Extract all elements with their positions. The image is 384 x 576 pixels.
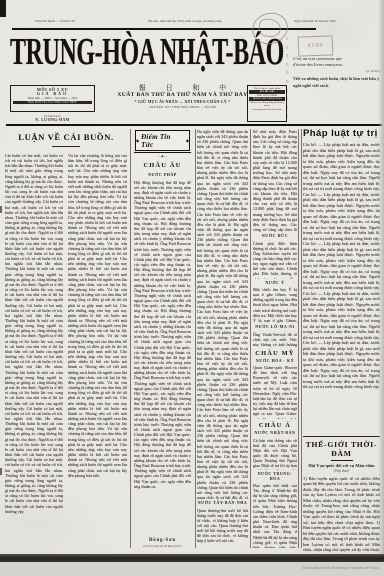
section-japan: NƯỚC NHẬT-BẢN [253, 431, 297, 436]
essay-body-2: Vả lại văn chương là tiếng nói của tâm h… [68, 153, 127, 545]
section-spain: NƯỚC TÂY-BAN-NHA [197, 501, 248, 506]
japan-news-body: Cả bản văn thông cáo về thái độ của Chín… [253, 438, 297, 470]
france-news-body: Hội đồng thượng thư đã họp để xét các kh… [134, 180, 191, 536]
section-romania: NƯỚC LỖ-MA-NI [253, 325, 297, 330]
romania-news-body: Ông Vaida-Voevod đã tổ chức nội các mới.… [253, 332, 297, 347]
issue-number: Năm thứ mười — Số thứ 129 [35, 19, 75, 23]
signature-note: (trích trong các số báo trước) [134, 544, 191, 548]
scan-corner-mark [0, 0, 6, 17]
section-germany: NƯỚC ĐỨC [253, 234, 297, 239]
world-commentary-body: 1) Bản tuyên ngôn quốc tế có nhiều điều … [303, 476, 380, 552]
french-quote-line2: d'écrire des livres ennuyeux... [293, 62, 382, 68]
dateline-right: Ngày thứ năm 19 Janvier 1933 [294, 19, 336, 23]
accession-stamp-box: 4109 [298, 35, 334, 56]
stamp-scribble [258, 18, 282, 39]
france-news-continued: Hạ nghị viện đã thông qua án ngân sách v… [197, 129, 248, 499]
essay-column-1: Cái buồn có hai mặt, cái buồn có ích và … [5, 153, 63, 545]
section-usa: NƯỚC HOA - KỲ [253, 359, 297, 364]
digest-column-3: Sở nhà máy điện Paris định hạ giá đèn từ… [253, 129, 297, 548]
column-rule-2 [195, 129, 196, 548]
law-article-body: Các bố: — Lấy pháp luật mà trị dân, trướ… [303, 142, 380, 432]
price-box: MỖI SỐ 5 XU GIÁ BÁO Hàng năm .... 5$00 —… [10, 85, 95, 112]
essay-column-2: Vả lại văn chương là tiếng nói của tâm h… [68, 153, 127, 545]
column-rule-3 [250, 129, 251, 548]
continued-label: (Tiếp theo) [303, 469, 380, 474]
right-article-column: Pháp luật tự trị Các bố: — Lấy pháp luật… [303, 128, 380, 552]
section-france: NƯỚC PHÁP [134, 173, 191, 178]
publication-schedule: XUẤT BẢN THỨ BA THỨ NĂM VÀ THỨ BẢY [100, 92, 265, 100]
china-news-body: Đạo quân thứ nhất của Tàu đóng ở Nhiệt-h… [253, 483, 297, 548]
director-block: Le Directeur N. LƯƠNG-HÀM [10, 114, 95, 123]
motto-quote-box: C'est un vrai contresens que d'écrire de… [293, 56, 382, 89]
right-page-edge-shadow [378, 0, 384, 576]
section-europe: CHÂU ÂU [134, 162, 191, 170]
director-name: N. LƯƠNG-HÀM [10, 118, 95, 123]
accession-number: 4109 [307, 43, 323, 50]
left-edge-mark-1 [0, 206, 2, 213]
diamond-ornament-left: ◆ [136, 138, 139, 143]
newspaper-scan-page: { "colors": { "ink": "#2f2b24", "paper":… [0, 0, 384, 576]
world-headline-rule [331, 460, 353, 461]
info-line-5: Bài lai cảo không đăng thì không trả lại [249, 101, 285, 108]
left-edge-mark-2 [0, 468, 2, 475]
essay-body-1: Cái buồn có hai mặt, cái buồn có ích và … [5, 153, 63, 545]
diamond-ornament-right: ◆ [186, 138, 189, 143]
vietnamese-quote: Viết ra những sách buồn, thật là làm trá… [293, 76, 382, 89]
info-line-6: Giá quảng-cáo hỏi tại tòa báo [249, 108, 285, 111]
office-address: TOÀ BÁO: SỐ 73 PHỐ NHÀ CHUNG — HÀ-NỘI [100, 105, 265, 109]
digest-title: Điểm Tin Tức [141, 133, 184, 149]
digest-dash-ornament: —◆— [134, 154, 191, 158]
header-divider [6, 124, 382, 126]
subscription-rates: Hàng năm .... 5$00 — Sáu tháng .... 2$50 [13, 97, 92, 101]
gallica-source-line: Source gallica.bnf.fr / Bibliothèque nat… [302, 566, 379, 570]
section-asia: CHÂU Á [253, 422, 297, 430]
masthead-wrap: TRUNG-HÒA NHẬT-BÁO [10, 33, 284, 85]
law-article-headline: Pháp luật tự trị [303, 128, 380, 139]
correspondence-info-box: Thư từ, bài vở, ngân phiếu XIN ĐỀ CHO ÔN… [247, 85, 287, 122]
newspaper-title: TRUNG-HÒA NHẬT-BÁO [10, 30, 284, 74]
europe-news-more: Sở nhà máy điện Paris định hạ giá đèn từ… [253, 129, 297, 232]
digest-column-2: Hạ nghị viện đã thông qua án ngân sách v… [197, 129, 248, 548]
section-america: CHÂU MỸ [253, 350, 297, 358]
publication-info-block: 報 日 和 中 XUẤT BẢN THỨ BA THỨ NĂM VÀ THỨ B… [100, 84, 265, 109]
world-commentary-headline: THẾ-GIỚI THỜI-ĐÀM [303, 436, 380, 458]
column-rule-4a [298, 129, 299, 548]
column-rule-1 [130, 129, 131, 548]
section-italy: NƯỚC Ý [253, 281, 297, 286]
dateline-center: Hà-Nội, năm thứ tây 1933, năm ta ngày 24… [118, 19, 252, 23]
digest-column: ◆ Điểm Tin Tức ◆ —◆— CHÂU ÂU NƯỚC PHÁP H… [134, 129, 191, 548]
spain-news-body: Quan thượng-thư mới bổ hồi tháng trước n… [197, 508, 248, 549]
chinese-title: 報 日 和 中 [100, 84, 265, 92]
section-china: NƯỚC TRUNG-HOA [253, 472, 297, 482]
essay-headline-rule [52, 146, 80, 147]
quote-attribution: (A. France) [293, 69, 380, 73]
price-box-strip: BÁO BÁN TẠI CÁC NHÀ GIÂY THÉP [13, 101, 92, 105]
scan-bottom-band [0, 554, 384, 562]
essay-headline: LUẬN VỀ CÁI BUỒN. [4, 132, 128, 142]
column-rule-4b [301, 129, 302, 548]
italy-news-body: Một chiếc tàu bay Ý bị nạn ở gần Gênes, … [253, 287, 297, 323]
germany-news-body: Chính phủ Đức hiện đương tổ chức lại nội… [253, 241, 297, 279]
digest-title-box: ◆ Điểm Tin Tức ◆ [135, 130, 190, 151]
usa-news-body: Quan Giám-quốc Hoover đã bàn định với ôn… [253, 365, 297, 419]
